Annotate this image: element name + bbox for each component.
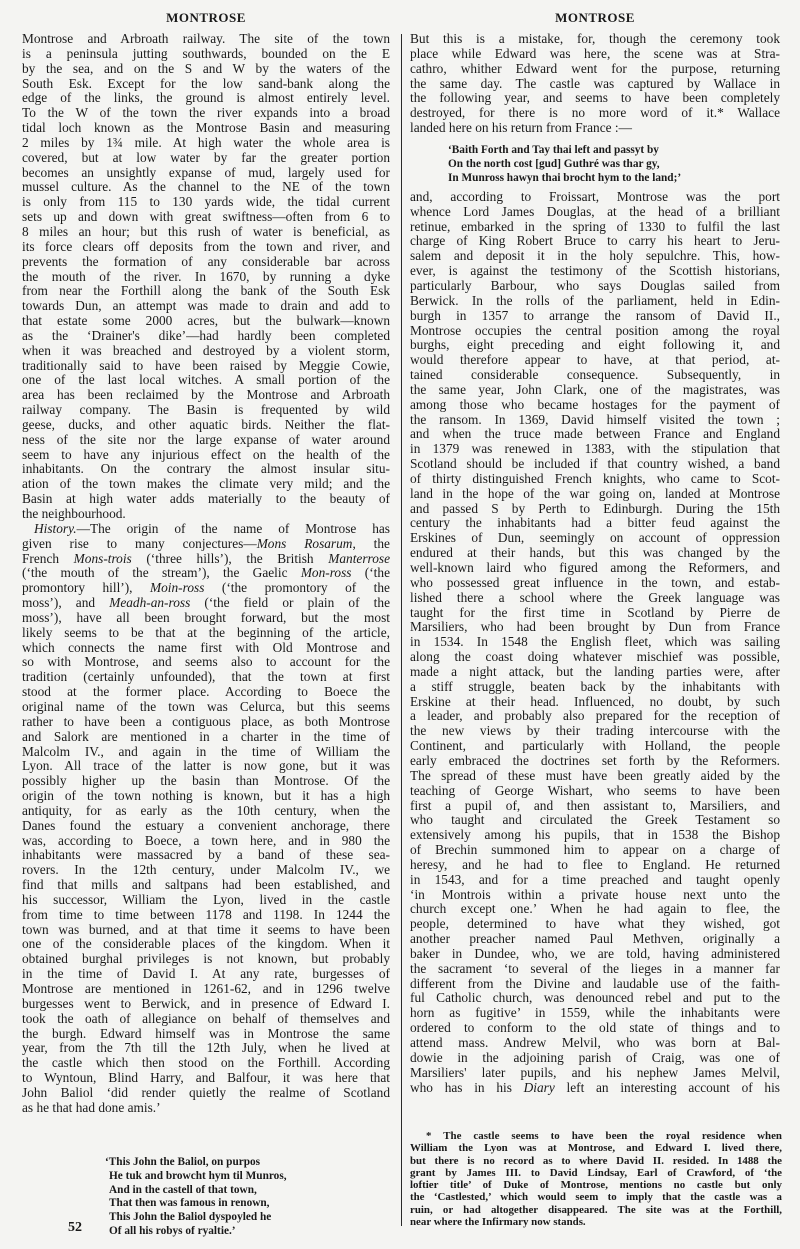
text-line: and passed S by Perth to Edinburgh. Duri… bbox=[410, 502, 780, 517]
text-line: whence Lord James Douglas, at the head o… bbox=[410, 205, 780, 220]
italic-term: Diary bbox=[524, 1080, 555, 1095]
verse-line: Of all his robys of ryaltie.’ bbox=[105, 1225, 287, 1239]
text-line: heresy, and he had to flee to England. H… bbox=[410, 858, 780, 873]
text-line: horn as fugitive’ in 1559, while the inh… bbox=[410, 1006, 780, 1021]
text-line: To the W of the town the river expands i… bbox=[22, 106, 390, 121]
text-line: burghs, eight preceding and eight follow… bbox=[410, 338, 780, 353]
text-line: another preacher named Paul Methven, ori… bbox=[410, 932, 780, 947]
text-line: teaching of George Wishart, who seems to… bbox=[410, 784, 780, 799]
text-line: Montrose occupies the central position a… bbox=[410, 324, 780, 339]
text-line: as he that had done amis.’ bbox=[22, 1101, 390, 1116]
text-line: in 1379 was renewed in 1383, with the st… bbox=[410, 442, 780, 457]
italic-term: Moin-ross bbox=[150, 580, 204, 595]
text-line: which connects the name first with Old M… bbox=[22, 641, 390, 656]
verse-line: He tuk and browcht hym til Munros, bbox=[105, 1170, 287, 1184]
text-line: particularly Barbour, who says Douglas s… bbox=[410, 279, 780, 294]
right-paragraph-last-line: who has in his Diary left an interesting… bbox=[410, 1081, 780, 1096]
text-line: one of the last local witches. A small p… bbox=[22, 373, 390, 388]
text-line: his successor, William the Lyon, lived i… bbox=[22, 893, 390, 908]
text-line: sets up and down with great swiftness—of… bbox=[22, 210, 390, 225]
text-line: people, determined to have what they wis… bbox=[410, 917, 780, 932]
text-line: the same day. The castle was captured by… bbox=[410, 77, 780, 92]
text-fragment: left an interesting account of his bbox=[555, 1080, 780, 1095]
text-fragment: promontory hill’), bbox=[22, 580, 150, 595]
italic-term: Mon-ross bbox=[301, 565, 352, 580]
text-line: the neighbourhood. bbox=[22, 507, 390, 522]
text-line: first a pupil of, and then assistant to,… bbox=[410, 799, 780, 814]
text-line: a leader, and probably also prepared for… bbox=[410, 709, 780, 724]
text-line: attend mass. Andrew Melvil, who was born… bbox=[410, 1036, 780, 1051]
text-line: from near the Forthill along the bank of… bbox=[22, 284, 390, 299]
right-running-head: MONTROSE bbox=[410, 10, 780, 32]
text-line: Marsiliers' later pupils, and his nephew… bbox=[410, 1066, 780, 1081]
verse-line: That then was famous in renown, bbox=[105, 1197, 287, 1211]
text-line: Erskine at their head. Influenced, no do… bbox=[410, 695, 780, 710]
italic-term: Mons Rosarum bbox=[257, 536, 353, 551]
history-line: French Mons-trois (‘three hills’), the B… bbox=[22, 552, 390, 567]
text-line: the ransom. In 1369, David himself visit… bbox=[410, 413, 780, 428]
italic-term: Meadh-an-ross bbox=[109, 595, 190, 610]
book-page: MONTROSE Montrose and Arbroath railway. … bbox=[0, 0, 800, 1249]
text-line: lished there a school where the Greek la… bbox=[410, 591, 780, 606]
footnote-line: the ‘Castlested,’ which would seem to im… bbox=[410, 1191, 782, 1203]
text-line: becomes an unsightly expanse of mud, lar… bbox=[22, 166, 390, 181]
text-line: Marsiliers, who had been brought by Dun … bbox=[410, 620, 780, 635]
text-line: by the sea, and on the S and W by the wa… bbox=[22, 62, 390, 77]
text-line: railway company. The Basin is frequented… bbox=[22, 403, 390, 418]
text-line: to Wyntoun, Blind Harry, and Balfour, it… bbox=[22, 1071, 390, 1086]
text-line: ‘in Montrois within a private house next… bbox=[410, 888, 780, 903]
history-line: History.—The origin of the name of Montr… bbox=[22, 522, 390, 537]
text-line: a stiff struggle, beaten back by the inh… bbox=[410, 680, 780, 695]
text-line: among those who became hostages for the … bbox=[410, 398, 780, 413]
text-line: inhabitants were massacred by a band of … bbox=[22, 848, 390, 863]
text-line: Malcolm IV., and again in the time of Wi… bbox=[22, 745, 390, 760]
right-paragraph-history: and, according to Froissart, Montrose wa… bbox=[410, 190, 780, 1081]
text-line: the same year, John Clark, one of the ma… bbox=[410, 383, 780, 398]
text-line: traditionally said to have been raised b… bbox=[22, 359, 390, 374]
text-line: as the ‘Drainer's dike’—had hardly been … bbox=[22, 329, 390, 344]
text-line: area has been reclaimed by the Montrose … bbox=[22, 388, 390, 403]
footnote-line: grant by James III. to David Lindsay, Ea… bbox=[410, 1167, 782, 1179]
text-line: place while Edward was here, the scene w… bbox=[410, 47, 780, 62]
text-line: ever, is against the testimony of the Sc… bbox=[410, 264, 780, 279]
text-line: obtained burghal privileges is not known… bbox=[22, 952, 390, 967]
text-line: moss’), have all been brought forward, b… bbox=[22, 611, 390, 626]
text-fragment: —The origin of the name of Montrose has bbox=[77, 521, 390, 536]
history-line: promontory hill’), Moin-ross (‘the promo… bbox=[22, 581, 390, 596]
baliol-verse: ‘This John the Baliol, on purposHe tuk a… bbox=[105, 1156, 287, 1239]
text-line: in 1534. In 1548 the English fleet, whic… bbox=[410, 635, 780, 650]
text-line: antiquity, for as early as the 10th cent… bbox=[22, 804, 390, 819]
text-line: rather to have been a contiguous place, … bbox=[22, 715, 390, 730]
text-fragment: who has in his bbox=[410, 1080, 524, 1095]
text-fragment: (‘three hills’), the British bbox=[132, 551, 328, 566]
text-line: prevents the formation of any considerab… bbox=[22, 255, 390, 270]
footnote-line: loftier title’ of Duke of Montrose, ment… bbox=[410, 1179, 782, 1191]
text-line: salem and deposit it in the holy sepulch… bbox=[410, 249, 780, 264]
left-running-head: MONTROSE bbox=[22, 10, 390, 32]
text-line: one of the considerable places of the ki… bbox=[22, 937, 390, 952]
text-line: who possessed great influence in the tow… bbox=[410, 576, 780, 591]
left-paragraph-site: Montrose and Arbroath railway. The site … bbox=[22, 32, 390, 522]
text-line: find that mills and saltpans had been es… bbox=[22, 878, 390, 893]
footnote-line: ruin, or had altogether disappeared. The… bbox=[410, 1204, 782, 1216]
text-line: destroyed, for there is no more word of … bbox=[410, 106, 780, 121]
text-fragment: moss’), and bbox=[22, 595, 109, 610]
text-line: is only from 115 to 130 yards wide, the … bbox=[22, 195, 390, 210]
text-line: the new views by their trading intercour… bbox=[410, 724, 780, 739]
text-line: Danes found the estuary a convenient anc… bbox=[22, 819, 390, 834]
wallace-verse-block: ‘Baith Forth and Tay thai left and passy… bbox=[410, 136, 780, 190]
text-line: of Brechin summoned him to appear on a c… bbox=[410, 843, 780, 858]
text-line: towards Dun, an attempt was made to drai… bbox=[22, 299, 390, 314]
text-line: is a peninsula jutting southwards, bound… bbox=[22, 47, 390, 62]
text-line: The spread of these must have been great… bbox=[410, 769, 780, 784]
text-line: church except one.’ When he had again to… bbox=[410, 902, 780, 917]
text-line: who has in his Diary left an interesting… bbox=[410, 1081, 780, 1096]
text-line: possibly higher up the basin than Montro… bbox=[22, 774, 390, 789]
text-line: tained considerable consequence. Subsequ… bbox=[410, 368, 780, 383]
text-line: that estate some 2000 acres, but the bul… bbox=[22, 314, 390, 329]
text-line: endured at their hands, but this was cha… bbox=[410, 546, 780, 561]
text-fragment: (‘the mouth of the stream’), the Gaelic bbox=[22, 565, 301, 580]
text-line: Scotland should be included if that coun… bbox=[410, 457, 780, 472]
text-line: burgesses went to Berwick, and in presen… bbox=[22, 997, 390, 1012]
text-line: John Baliol ‘did render quietly the real… bbox=[22, 1086, 390, 1101]
text-line: Erskines of Dun, seemingly on account of… bbox=[410, 531, 780, 546]
history-line: given rise to many conjectures—Mons Rosa… bbox=[22, 537, 390, 552]
history-line: (‘the mouth of the stream’), the Gaelic … bbox=[22, 566, 390, 581]
text-line: was, according to Boece, a town here, an… bbox=[22, 834, 390, 849]
text-line: its force clears off deposits from the t… bbox=[22, 240, 390, 255]
text-line: likely seems to be that at the beginning… bbox=[22, 626, 390, 641]
footnote: * The castle seems to have been the roya… bbox=[410, 1130, 782, 1228]
italic-term: Mons-trois bbox=[74, 551, 132, 566]
text-line: the burgh. Edward himself was in Montros… bbox=[22, 1027, 390, 1042]
text-line: But this is a mistake, for, though the c… bbox=[410, 32, 780, 47]
text-line: 2 miles by 1¾ mile. At high water the wh… bbox=[22, 136, 390, 151]
footnote-line: * The castle seems to have been the roya… bbox=[410, 1130, 782, 1142]
text-line: ordered to conform to the old state of t… bbox=[410, 1021, 780, 1036]
history-rest: moss’), have all been brought forward, b… bbox=[22, 611, 390, 1116]
text-line: so with Montrose, and seems also to acco… bbox=[22, 655, 390, 670]
text-line: would therefore appear to have, at that … bbox=[410, 353, 780, 368]
text-line: different from the Divine and laudable u… bbox=[410, 977, 780, 992]
text-line: the mouth of the river. In 1670, by runn… bbox=[22, 270, 390, 285]
text-line: from time to time between 1178 and 1198.… bbox=[22, 908, 390, 923]
text-line: early embraced the doctrines set forth b… bbox=[410, 754, 780, 769]
text-line: rovers. In the 12th century, under Malco… bbox=[22, 863, 390, 878]
column-divider bbox=[401, 34, 402, 1226]
text-line: along the coast doing whatever mischief … bbox=[410, 650, 780, 665]
left-paragraph-history: History.—The origin of the name of Montr… bbox=[22, 522, 390, 1116]
text-line: cathro, whither Edward went for the purp… bbox=[410, 62, 780, 77]
text-line: and Salork are mentioned in a charter in… bbox=[22, 730, 390, 745]
text-line: in the time of David I. At any rate, bur… bbox=[22, 967, 390, 982]
history-line: moss’), and Meadh-an-ross (‘the field or… bbox=[22, 596, 390, 611]
text-line: original name of the town was Celurca, b… bbox=[22, 700, 390, 715]
text-line: ful Catholic church, was denounced rebel… bbox=[410, 991, 780, 1006]
text-line: mussel culture. As the channel to the NE… bbox=[22, 180, 390, 195]
text-line: who taught and circulated the Greek Test… bbox=[410, 813, 780, 828]
text-line: Montrose and Arbroath railway. The site … bbox=[22, 32, 390, 47]
text-line: origin of the town nothing is known, but… bbox=[22, 789, 390, 804]
text-line: South Esk. Except for the low sand-bank … bbox=[22, 77, 390, 92]
text-line: taught for the first time in Scotland by… bbox=[410, 606, 780, 621]
text-line: edge of the links, the ground is almost … bbox=[22, 91, 390, 106]
text-line: Berwick. In the rolls of the parliament,… bbox=[410, 294, 780, 309]
text-line: year, from the 7th till the 12th July, w… bbox=[22, 1041, 390, 1056]
text-line: Continent, and particularly with Holland… bbox=[410, 739, 780, 754]
text-line: 8 miles an hour; but this rush of water … bbox=[22, 225, 390, 240]
text-line: ness of the site nor the large expanse o… bbox=[22, 433, 390, 448]
text-line: extensively among his pupils, that in 15… bbox=[410, 828, 780, 843]
footnote-line: near where the Infirmary now stands. bbox=[410, 1216, 782, 1228]
text-line: covered, but at low water by far the gre… bbox=[22, 151, 390, 166]
wallace-verse: ‘Baith Forth and Tay thai left and passy… bbox=[448, 144, 681, 185]
italic-term: Manterrose bbox=[328, 551, 390, 566]
verse-line: ‘Baith Forth and Tay thai left and passy… bbox=[448, 144, 681, 158]
text-line: Basin at high water adds materially to t… bbox=[22, 492, 390, 507]
right-paragraph-mistake: But this is a mistake, for, though the c… bbox=[410, 32, 780, 136]
text-line: tidal loch known as the Montrose Basin a… bbox=[22, 121, 390, 136]
history-heading: History. bbox=[34, 521, 77, 536]
text-line: ation of the town makes the climate very… bbox=[22, 477, 390, 492]
text-line: the castle which then stood on the Forth… bbox=[22, 1056, 390, 1071]
text-line: geese, ducks, and other aquatic birds. N… bbox=[22, 418, 390, 433]
text-line: Lyon. All trace of the latter is now gon… bbox=[22, 759, 390, 774]
text-fragment: given rise to many conjectures— bbox=[22, 536, 257, 551]
text-line: made a night attack, but the landing par… bbox=[410, 665, 780, 680]
verse-line: In Munross hawyn thai brocht hym to the … bbox=[448, 172, 681, 186]
text-line: inhabitants. On the contrary the almost … bbox=[22, 462, 390, 477]
text-line: the sacrament ‘to several of the lieges … bbox=[410, 962, 780, 977]
text-line: seem to have any injurious effect on the… bbox=[22, 448, 390, 463]
text-line: land in the hope of the war going on, la… bbox=[410, 487, 780, 502]
text-line: and, according to Froissart, Montrose wa… bbox=[410, 190, 780, 205]
text-line: century the inhabitants had a bitter feu… bbox=[410, 516, 780, 531]
text-line: stood at the former place. According to … bbox=[22, 685, 390, 700]
right-column: MONTROSE But this is a mistake, for, tho… bbox=[410, 10, 780, 1095]
verse-line: And in the castell of that town, bbox=[105, 1184, 287, 1198]
text-line: Montrose are mentioned in 1261-62, and i… bbox=[22, 982, 390, 997]
text-fragment: (‘the promontory of the bbox=[204, 580, 390, 595]
text-line: well-known laird who figured among the R… bbox=[410, 561, 780, 576]
text-line: retinue, embarked in the spring of 1330 … bbox=[410, 220, 780, 235]
text-line: the following year, and seems to have be… bbox=[410, 91, 780, 106]
text-fragment: (‘the bbox=[351, 565, 390, 580]
text-fragment: , the bbox=[352, 536, 390, 551]
text-line: and when the truce made between France a… bbox=[410, 427, 780, 442]
footnote-line: but there is no record as to where David… bbox=[410, 1155, 782, 1167]
verse-line: This John the Baliol dyspoyled he bbox=[105, 1211, 287, 1225]
text-line: burgh in 1357 to arrange the ransom of D… bbox=[410, 309, 780, 324]
text-line: landed here on his return from France :— bbox=[410, 121, 780, 136]
text-line: charge of King Robert Bruce to carry his… bbox=[410, 234, 780, 249]
text-line: took the oath of allegiance on behalf of… bbox=[22, 1012, 390, 1027]
text-fragment: French bbox=[22, 551, 74, 566]
text-line: town was burned, and at that time it see… bbox=[22, 923, 390, 938]
text-line: dowie in the adjoining parish of Craig, … bbox=[410, 1051, 780, 1066]
text-line: baker in Dundee, who, we are told, havin… bbox=[410, 947, 780, 962]
text-line: in 1543, and for a time preached and tau… bbox=[410, 873, 780, 888]
text-line: of thirty distinguished French knights, … bbox=[410, 472, 780, 487]
page-number: 52 bbox=[68, 1220, 82, 1236]
text-line: when it was breached and destroyed by a … bbox=[22, 344, 390, 359]
verse-line: On the north cost [gud] Guthré was thar … bbox=[448, 158, 681, 172]
footnote-line: William the Lyon was at Montrose, and Ed… bbox=[410, 1142, 782, 1154]
verse-line: ‘This John the Baliol, on purpos bbox=[105, 1156, 287, 1170]
text-line: tradition (certainly unfounded), that th… bbox=[22, 670, 390, 685]
text-fragment: (‘the field or plain of the bbox=[190, 595, 390, 610]
left-column: MONTROSE Montrose and Arbroath railway. … bbox=[22, 10, 390, 1116]
